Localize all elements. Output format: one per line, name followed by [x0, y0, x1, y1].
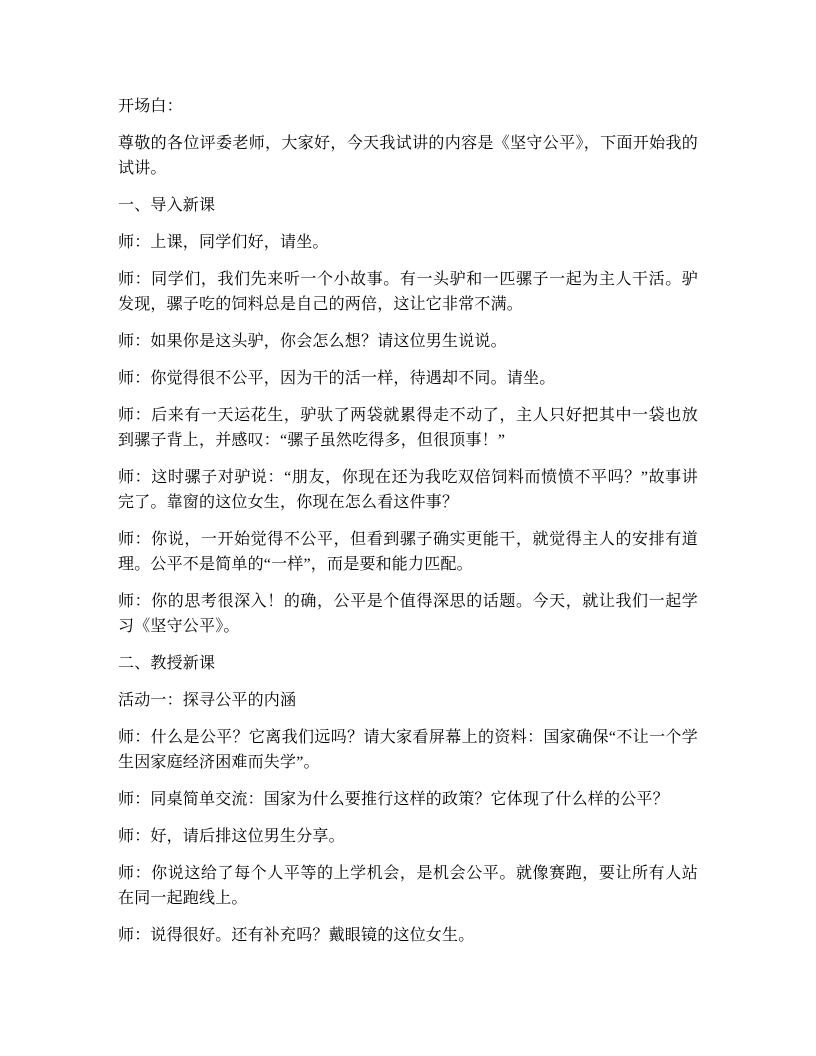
- teacher-line-13: 师：说得很好。还有补充吗？戴眼镜的这位女生。: [118, 923, 698, 948]
- document-page: 开场白： 尊敬的各位评委老师，大家好，今天我试讲的内容是《坚守公平》，下面开始我…: [0, 0, 816, 1056]
- teacher-line-10: 师：同桌简单交流：国家为什么要推行这样的政策？它体现了什么样的公平？: [118, 787, 698, 812]
- teacher-line-1: 师：上课，同学们好，请坐。: [118, 230, 698, 255]
- teacher-line-12: 师：你说这给了每个人平等的上学机会，是机会公平。就像赛跑，要让所有人站在同一起跑…: [118, 861, 698, 911]
- teacher-line-9: 师：什么是公平？它离我们远吗？请大家看屏幕上的资料：国家确保“不让一个学生因家庭…: [118, 725, 698, 775]
- teacher-line-8: 师：你的思考很深入！的确，公平是个值得深思的话题。今天，就让我们一起学习《坚守公…: [118, 589, 698, 639]
- teacher-line-4: 师：你觉得很不公平，因为干的活一样，待遇却不同。请坐。: [118, 366, 698, 391]
- teacher-line-3: 师：如果你是这头驴，你会怎么想？请这位男生说说。: [118, 329, 698, 354]
- section-1-heading: 一、导入新课: [118, 193, 698, 218]
- section-2-heading: 二、教授新课: [118, 651, 698, 676]
- activity-1-heading: 活动一：探寻公平的内涵: [118, 688, 698, 713]
- teacher-line-5: 师：后来有一天运花生，驴驮了两袋就累得走不动了，主人只好把其中一袋也放到骡子背上…: [118, 403, 698, 453]
- teacher-line-6: 师：这时骡子对驴说：“朋友，你现在还为我吃双倍饲料而愤愤不平吗？”故事讲完了。靠…: [118, 465, 698, 515]
- teacher-line-2: 师：同学们，我们先来听一个小故事。有一头驴和一匹骡子一起为主人干活。驴发现，骡子…: [118, 267, 698, 317]
- opening-greeting: 尊敬的各位评委老师，大家好，今天我试讲的内容是《坚守公平》，下面开始我的试讲。: [118, 131, 698, 181]
- opening-label: 开场白：: [118, 94, 698, 119]
- document-content: 开场白： 尊敬的各位评委老师，大家好，今天我试讲的内容是《坚守公平》，下面开始我…: [118, 94, 698, 948]
- teacher-line-11: 师：好，请后排这位男生分享。: [118, 824, 698, 849]
- teacher-line-7: 师：你说，一开始觉得不公平，但看到骡子确实更能干，就觉得主人的安排有道理。公平不…: [118, 527, 698, 577]
